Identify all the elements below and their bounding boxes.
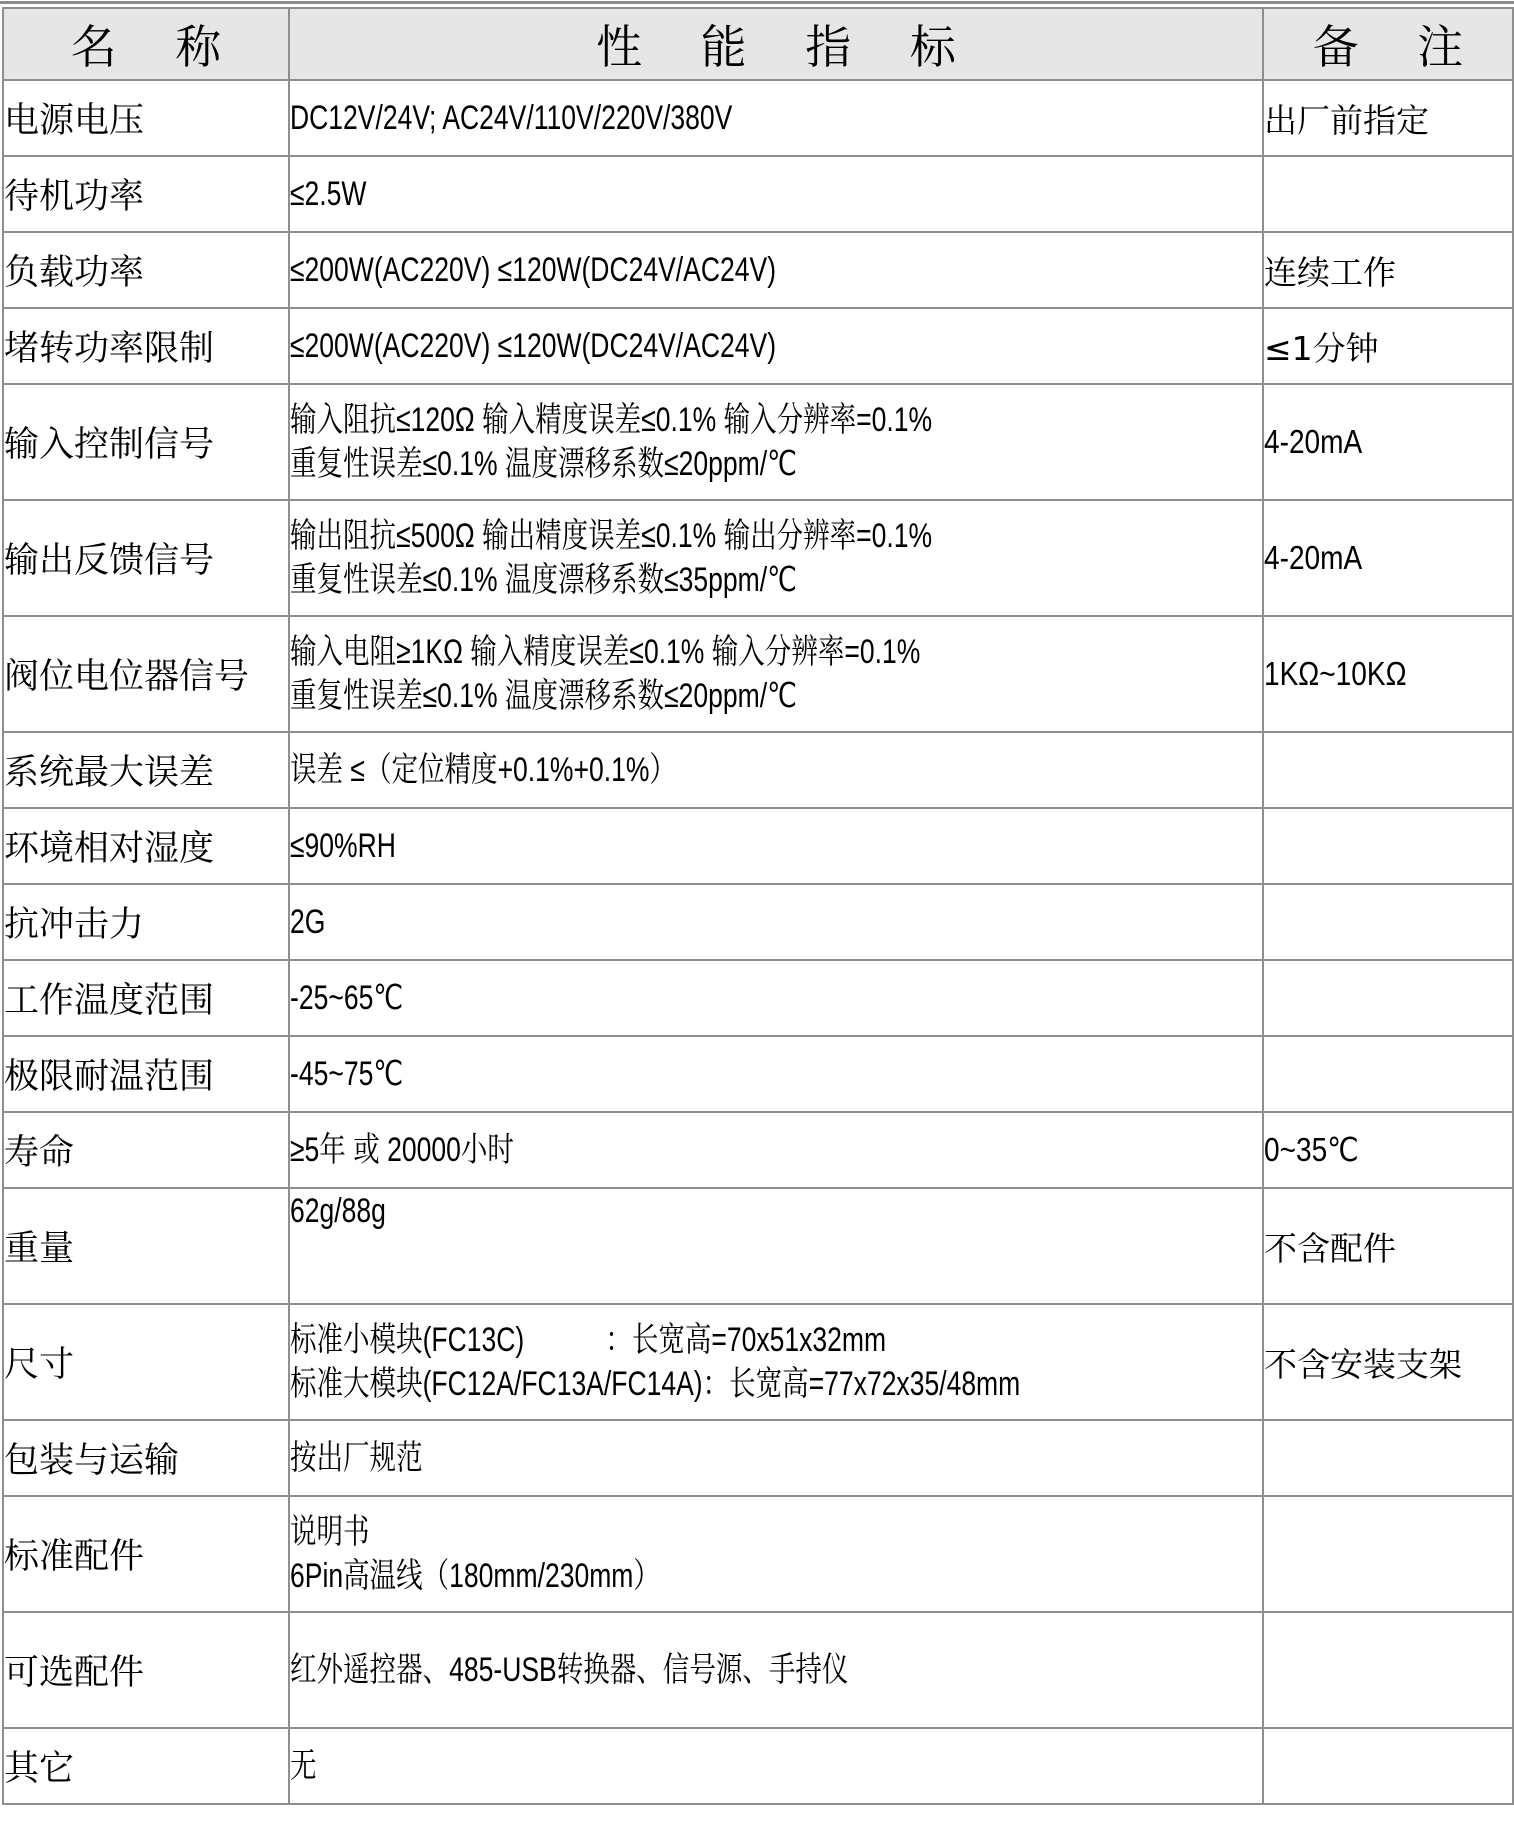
- table-row: 待机功率 ≤2.5W: [3, 156, 1513, 232]
- row-note: 1KΩ~10KΩ: [1263, 616, 1513, 732]
- note-text: 1KΩ~10KΩ: [1264, 652, 1475, 696]
- spec-line: -25~65℃: [290, 976, 1048, 1020]
- spec-line: 输入阻抗≤120Ω 输入精度误差≤0.1% 输入分辨率=0.1%: [290, 398, 1048, 442]
- row-note: [1263, 884, 1513, 960]
- row-name: 寿命: [3, 1112, 289, 1188]
- table-row: 负载功率 ≤200W(AC220V) ≤120W(DC24V/AC24V) 连续…: [3, 232, 1513, 308]
- spec-table: 名 称 性 能 指 标 备 注 电源电压 DC12V/24V; AC24V/11…: [2, 7, 1514, 1805]
- row-name: 环境相对湿度: [3, 808, 289, 884]
- row-note: [1263, 1612, 1513, 1728]
- top-rule: [0, 1, 1514, 4]
- row-note: [1263, 1420, 1513, 1496]
- table-row: 其它 无: [3, 1728, 1513, 1804]
- note-text: 0~35℃: [1264, 1128, 1475, 1172]
- spec-line: ≥5年 或 20000小时: [290, 1128, 1048, 1172]
- header-note: 备 注: [1263, 8, 1513, 80]
- spec-line: ≤2.5W: [290, 172, 1048, 216]
- row-spec: DC12V/24V; AC24V/110V/220V/380V: [289, 80, 1263, 156]
- spec-line: 2G: [290, 900, 1048, 944]
- row-name: 负载功率: [3, 232, 289, 308]
- table-row: 阀位电位器信号 输入电阻≥1KΩ 输入精度误差≤0.1% 输入分辨率=0.1% …: [3, 616, 1513, 732]
- row-spec: ≤200W(AC220V) ≤120W(DC24V/AC24V): [289, 232, 1263, 308]
- spec-line: ≤200W(AC220V) ≤120W(DC24V/AC24V): [290, 324, 1048, 368]
- table-row: 堵转功率限制 ≤200W(AC220V) ≤120W(DC24V/AC24V) …: [3, 308, 1513, 384]
- row-note: 不含安装支架: [1263, 1304, 1513, 1420]
- table-row: 输入控制信号 输入阻抗≤120Ω 输入精度误差≤0.1% 输入分辨率=0.1% …: [3, 384, 1513, 500]
- row-note: 4-20mA: [1263, 500, 1513, 616]
- spec-line: 标准大模块(FC12A/FC13A/FC14A)：长宽高=77x72x35/48…: [290, 1362, 1048, 1406]
- table-row: 包装与运输 按出厂规范: [3, 1420, 1513, 1496]
- spec-line: -45~75℃: [290, 1052, 1048, 1096]
- row-note: [1263, 1728, 1513, 1804]
- header-name: 名 称: [3, 8, 289, 80]
- spec-line: 重复性误差≤0.1% 温度漂移系数≤20ppm/℃: [290, 674, 1048, 718]
- row-name: 尺寸: [3, 1304, 289, 1420]
- row-name: 可选配件: [3, 1612, 289, 1728]
- row-spec: 62g/88g: [289, 1188, 1263, 1304]
- row-spec: 标准小模块(FC13C) ：长宽高=70x51x32mm 标准大模块(FC12A…: [289, 1304, 1263, 1420]
- row-note: 0~35℃: [1263, 1112, 1513, 1188]
- spec-line: 6Pin高温线（180mm/230mm）: [290, 1554, 1048, 1598]
- header-spec: 性 能 指 标: [289, 8, 1263, 80]
- row-note: 不含配件: [1263, 1188, 1513, 1304]
- row-spec: 红外遥控器、485-USB转换器、信号源、手持仪: [289, 1612, 1263, 1728]
- row-note: [1263, 732, 1513, 808]
- spec-line: 无: [290, 1744, 1048, 1788]
- row-note: [1263, 156, 1513, 232]
- row-name: 阀位电位器信号: [3, 616, 289, 732]
- row-spec: ≤90%RH: [289, 808, 1263, 884]
- row-name: 工作温度范围: [3, 960, 289, 1036]
- row-spec: ≤2.5W: [289, 156, 1263, 232]
- row-note: [1263, 1036, 1513, 1112]
- table-row: 可选配件 红外遥控器、485-USB转换器、信号源、手持仪: [3, 1612, 1513, 1728]
- spec-line: ≤200W(AC220V) ≤120W(DC24V/AC24V): [290, 248, 1048, 292]
- row-spec: 2G: [289, 884, 1263, 960]
- table-row: 重量 62g/88g 不含配件: [3, 1188, 1513, 1304]
- row-spec: 误差 ≤（定位精度+0.1%+0.1%）: [289, 732, 1263, 808]
- row-note: [1263, 1496, 1513, 1612]
- note-text: 4-20mA: [1264, 536, 1475, 580]
- row-name: 极限耐温范围: [3, 1036, 289, 1112]
- table-row: 输出反馈信号 输出阻抗≤500Ω 输出精度误差≤0.1% 输出分辨率=0.1% …: [3, 500, 1513, 616]
- table-row: 系统最大误差 误差 ≤（定位精度+0.1%+0.1%）: [3, 732, 1513, 808]
- table-row: 工作温度范围 -25~65℃: [3, 960, 1513, 1036]
- table-row: 极限耐温范围 -45~75℃: [3, 1036, 1513, 1112]
- spec-line: 输入电阻≥1KΩ 输入精度误差≤0.1% 输入分辨率=0.1%: [290, 630, 1048, 674]
- table-row: 电源电压 DC12V/24V; AC24V/110V/220V/380V 出厂前…: [3, 80, 1513, 156]
- row-spec: -25~65℃: [289, 960, 1263, 1036]
- row-name: 包装与运输: [3, 1420, 289, 1496]
- table-row: 标准配件 说明书 6Pin高温线（180mm/230mm）: [3, 1496, 1513, 1612]
- row-note: [1263, 960, 1513, 1036]
- note-text: 4-20mA: [1264, 420, 1475, 464]
- row-name: 电源电压: [3, 80, 289, 156]
- spec-line: 输出阻抗≤500Ω 输出精度误差≤0.1% 输出分辨率=0.1%: [290, 514, 1048, 558]
- row-note: [1263, 808, 1513, 884]
- spec-line: 重复性误差≤0.1% 温度漂移系数≤35ppm/℃: [290, 558, 1048, 602]
- table-row: 尺寸 标准小模块(FC13C) ：长宽高=70x51x32mm 标准大模块(FC…: [3, 1304, 1513, 1420]
- row-spec: 无: [289, 1728, 1263, 1804]
- spec-line: 按出厂规范: [290, 1436, 1048, 1480]
- row-spec: 输出阻抗≤500Ω 输出精度误差≤0.1% 输出分辨率=0.1% 重复性误差≤0…: [289, 500, 1263, 616]
- row-note: 4-20mA: [1263, 384, 1513, 500]
- row-note: 连续工作: [1263, 232, 1513, 308]
- spec-line: 重复性误差≤0.1% 温度漂移系数≤20ppm/℃: [290, 442, 1048, 486]
- header-row: 名 称 性 能 指 标 备 注: [3, 8, 1513, 80]
- row-name: 标准配件: [3, 1496, 289, 1612]
- row-spec: 说明书 6Pin高温线（180mm/230mm）: [289, 1496, 1263, 1612]
- table-row: 环境相对湿度 ≤90%RH: [3, 808, 1513, 884]
- row-spec: 按出厂规范: [289, 1420, 1263, 1496]
- row-name: 输入控制信号: [3, 384, 289, 500]
- row-spec: -45~75℃: [289, 1036, 1263, 1112]
- row-name: 抗冲击力: [3, 884, 289, 960]
- row-name: 输出反馈信号: [3, 500, 289, 616]
- row-name: 其它: [3, 1728, 289, 1804]
- spec-line: 标准小模块(FC13C) ：长宽高=70x51x32mm: [290, 1318, 1048, 1362]
- row-name: 系统最大误差: [3, 732, 289, 808]
- table-row: 寿命 ≥5年 或 20000小时 0~35℃: [3, 1112, 1513, 1188]
- row-spec: ≤200W(AC220V) ≤120W(DC24V/AC24V): [289, 308, 1263, 384]
- spec-line: 说明书: [290, 1510, 1048, 1554]
- row-name: 重量: [3, 1188, 289, 1304]
- spec-line: 红外遥控器、485-USB转换器、信号源、手持仪: [290, 1648, 1048, 1692]
- row-spec: 输入阻抗≤120Ω 输入精度误差≤0.1% 输入分辨率=0.1% 重复性误差≤0…: [289, 384, 1263, 500]
- row-spec: 输入电阻≥1KΩ 输入精度误差≤0.1% 输入分辨率=0.1% 重复性误差≤0.…: [289, 616, 1263, 732]
- spec-line: DC12V/24V; AC24V/110V/220V/380V: [290, 96, 1048, 140]
- row-spec: ≥5年 或 20000小时: [289, 1112, 1263, 1188]
- row-note: ≤1分钟: [1263, 308, 1513, 384]
- row-name: 堵转功率限制: [3, 308, 289, 384]
- spec-line: 误差 ≤（定位精度+0.1%+0.1%）: [290, 748, 1048, 792]
- spec-line: ≤90%RH: [290, 824, 1048, 868]
- row-note: 出厂前指定: [1263, 80, 1513, 156]
- spec-line: 62g/88g: [290, 1189, 1048, 1233]
- table-row: 抗冲击力 2G: [3, 884, 1513, 960]
- row-name: 待机功率: [3, 156, 289, 232]
